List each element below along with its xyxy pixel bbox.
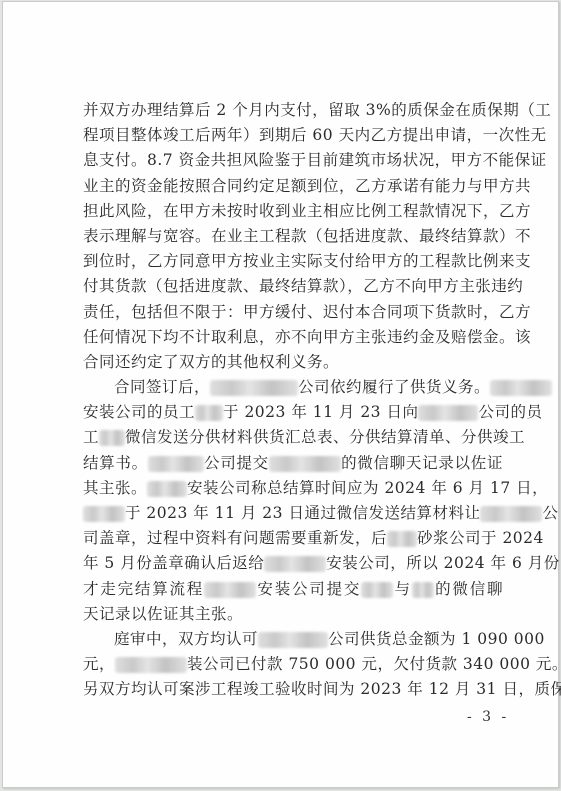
- text-line: 年 5 月份盖章确认后返给安装公司，所以 2024 年 6 月份: [83, 551, 503, 576]
- text-segment: 安装公司的员工: [83, 403, 195, 421]
- text-line: 到位时，乙方同意甲方按业主实际支付给甲方的工程款比例来支: [83, 249, 503, 274]
- text-segment: 庭审中，双方均认可: [114, 630, 258, 648]
- body-text: 并双方办理结算后 2 个月内支付，留取 3%的质保金在质保期（工 程项目整体竣工…: [83, 98, 503, 703]
- text-segment: 于 2023 年 11 月 23 日通过微信发送结算材料让: [125, 504, 480, 522]
- text-segment: 安装公司，所以 2024 年 6 月份: [326, 554, 560, 572]
- redaction-blur: [412, 582, 434, 598]
- redaction-blur: [115, 657, 187, 673]
- redaction-blur: [195, 405, 223, 421]
- redaction-blur: [147, 481, 187, 497]
- redaction-blur: [418, 405, 478, 421]
- text-segment: 公司提交: [204, 454, 269, 472]
- text-line: 于 2023 年 11 月 23 日通过微信发送结算材料让公: [83, 501, 503, 526]
- redaction-blur: [210, 380, 298, 396]
- text-line: 业主的资金能按照合同约定足额到位，乙方承诺有能力与甲方共: [83, 174, 503, 199]
- redaction-blur: [204, 582, 256, 598]
- text-segment: 合同签订后，: [114, 378, 210, 396]
- text-line: 息支付。8.7 资金共担风险鉴于目前建筑市场状况，甲方不能保证: [83, 148, 503, 173]
- text-segment: 与: [393, 580, 412, 598]
- text-segment: 安装公司提交: [256, 580, 361, 598]
- text-line: 其主张。安装公司称总结算时间应为 2024 年 6 月 17 日，: [83, 476, 503, 501]
- text-segment: 工: [83, 428, 99, 446]
- text-line: 担此风险，在甲方未按时收到业主相应比例工程款情况下，乙方: [83, 199, 503, 224]
- text-line: 工微信发送分供材料供货汇总表、分供结算清单、分供竣工: [83, 425, 503, 450]
- redaction-blur: [361, 582, 393, 598]
- text-segment: 的微信聊: [434, 580, 503, 598]
- redaction-blur: [480, 506, 542, 522]
- text-segment: 其主张。: [83, 479, 147, 497]
- text-segment: 于 2023 年 11 月 23 日向: [223, 403, 418, 421]
- text-segment: 才走完结算流程: [83, 580, 204, 598]
- text-line: 合同还约定了双方的其他权利义务。: [83, 350, 503, 375]
- text-line: 庭审中，双方均认可公司供货总金额为 1 090 000: [83, 627, 503, 652]
- text-segment: 的微信聊天记录以佐证: [341, 454, 503, 472]
- text-line: 司盖章，过程中资料有问题需要重新发，后砂浆公司于 2024: [83, 526, 503, 551]
- text-segment: 司盖章，过程中资料有问题需要重新发，后: [83, 529, 387, 547]
- text-line: 安装公司的员工于 2023 年 11 月 23 日向公司的员: [83, 400, 503, 425]
- text-segment: 公: [542, 504, 558, 522]
- text-line: 表示理解与宽容。在业主工程款（包括进度款、最终结算款）不: [83, 224, 503, 249]
- text-segment: 公司供货总金额为 1 090 000: [328, 630, 545, 648]
- text-segment: 公司依约履行了供货义务。: [298, 378, 490, 396]
- text-line: 天记录以佐证其主张。: [83, 602, 503, 627]
- redaction-blur: [258, 632, 328, 648]
- text-line: 付其货款（包括进度款、最终结算款），乙方不向甲方主张违约: [83, 274, 503, 299]
- text-segment: 元，: [83, 655, 115, 673]
- text-segment: 结算书。: [83, 454, 148, 472]
- page-number: - 3 -: [467, 709, 509, 725]
- text-segment: 微信发送分供材料供货汇总表、分供结算清单、分供竣工: [125, 428, 525, 446]
- redaction-blur: [148, 456, 204, 472]
- text-segment: 年 5 月份盖章确认后返给: [83, 554, 264, 572]
- redaction-blur: [269, 456, 341, 472]
- text-segment: 装公司已付款 750 000 元，欠付货款 340 000 元。: [187, 655, 561, 673]
- redaction-blur: [490, 380, 552, 396]
- text-segment: 砂浆公司于 2024: [417, 529, 544, 547]
- text-line: 任何情况下均不计取利息，亦不向甲方主张违约金及赔偿金。该: [83, 325, 503, 350]
- text-line: 合同签订后，公司依约履行了供货义务。: [83, 375, 503, 400]
- redaction-blur: [264, 556, 326, 572]
- text-line: 元，装公司已付款 750 000 元，欠付货款 340 000 元。: [83, 652, 503, 677]
- redaction-blur: [387, 531, 417, 547]
- text-line: 并双方办理结算后 2 个月内支付，留取 3%的质保金在质保期（工: [83, 98, 503, 123]
- text-line: 才走完结算流程安装公司提交与的微信聊: [83, 577, 503, 602]
- redaction-blur: [99, 430, 125, 446]
- document-page: 并双方办理结算后 2 个月内支付，留取 3%的质保金在质保期（工 程项目整体竣工…: [2, 1, 559, 788]
- text-segment: 安装公司称总结算时间应为 2024 年 6 月 17 日，: [187, 479, 548, 497]
- text-line: 程项目整体竣工后两年）到期后 60 天内乙方提出申请，一次性无: [83, 123, 503, 148]
- text-line: 结算书。公司提交的微信聊天记录以佐证: [83, 451, 503, 476]
- redaction-blur: [83, 506, 125, 522]
- text-line: 另双方均认可案涉工程竣工验收时间为 2023 年 12 月 31 日，质保: [83, 677, 503, 702]
- text-line: 责任，包括但不限于：甲方缓付、迟付本合同项下货款时，乙方: [83, 300, 503, 325]
- text-segment: 公司的员: [478, 403, 542, 421]
